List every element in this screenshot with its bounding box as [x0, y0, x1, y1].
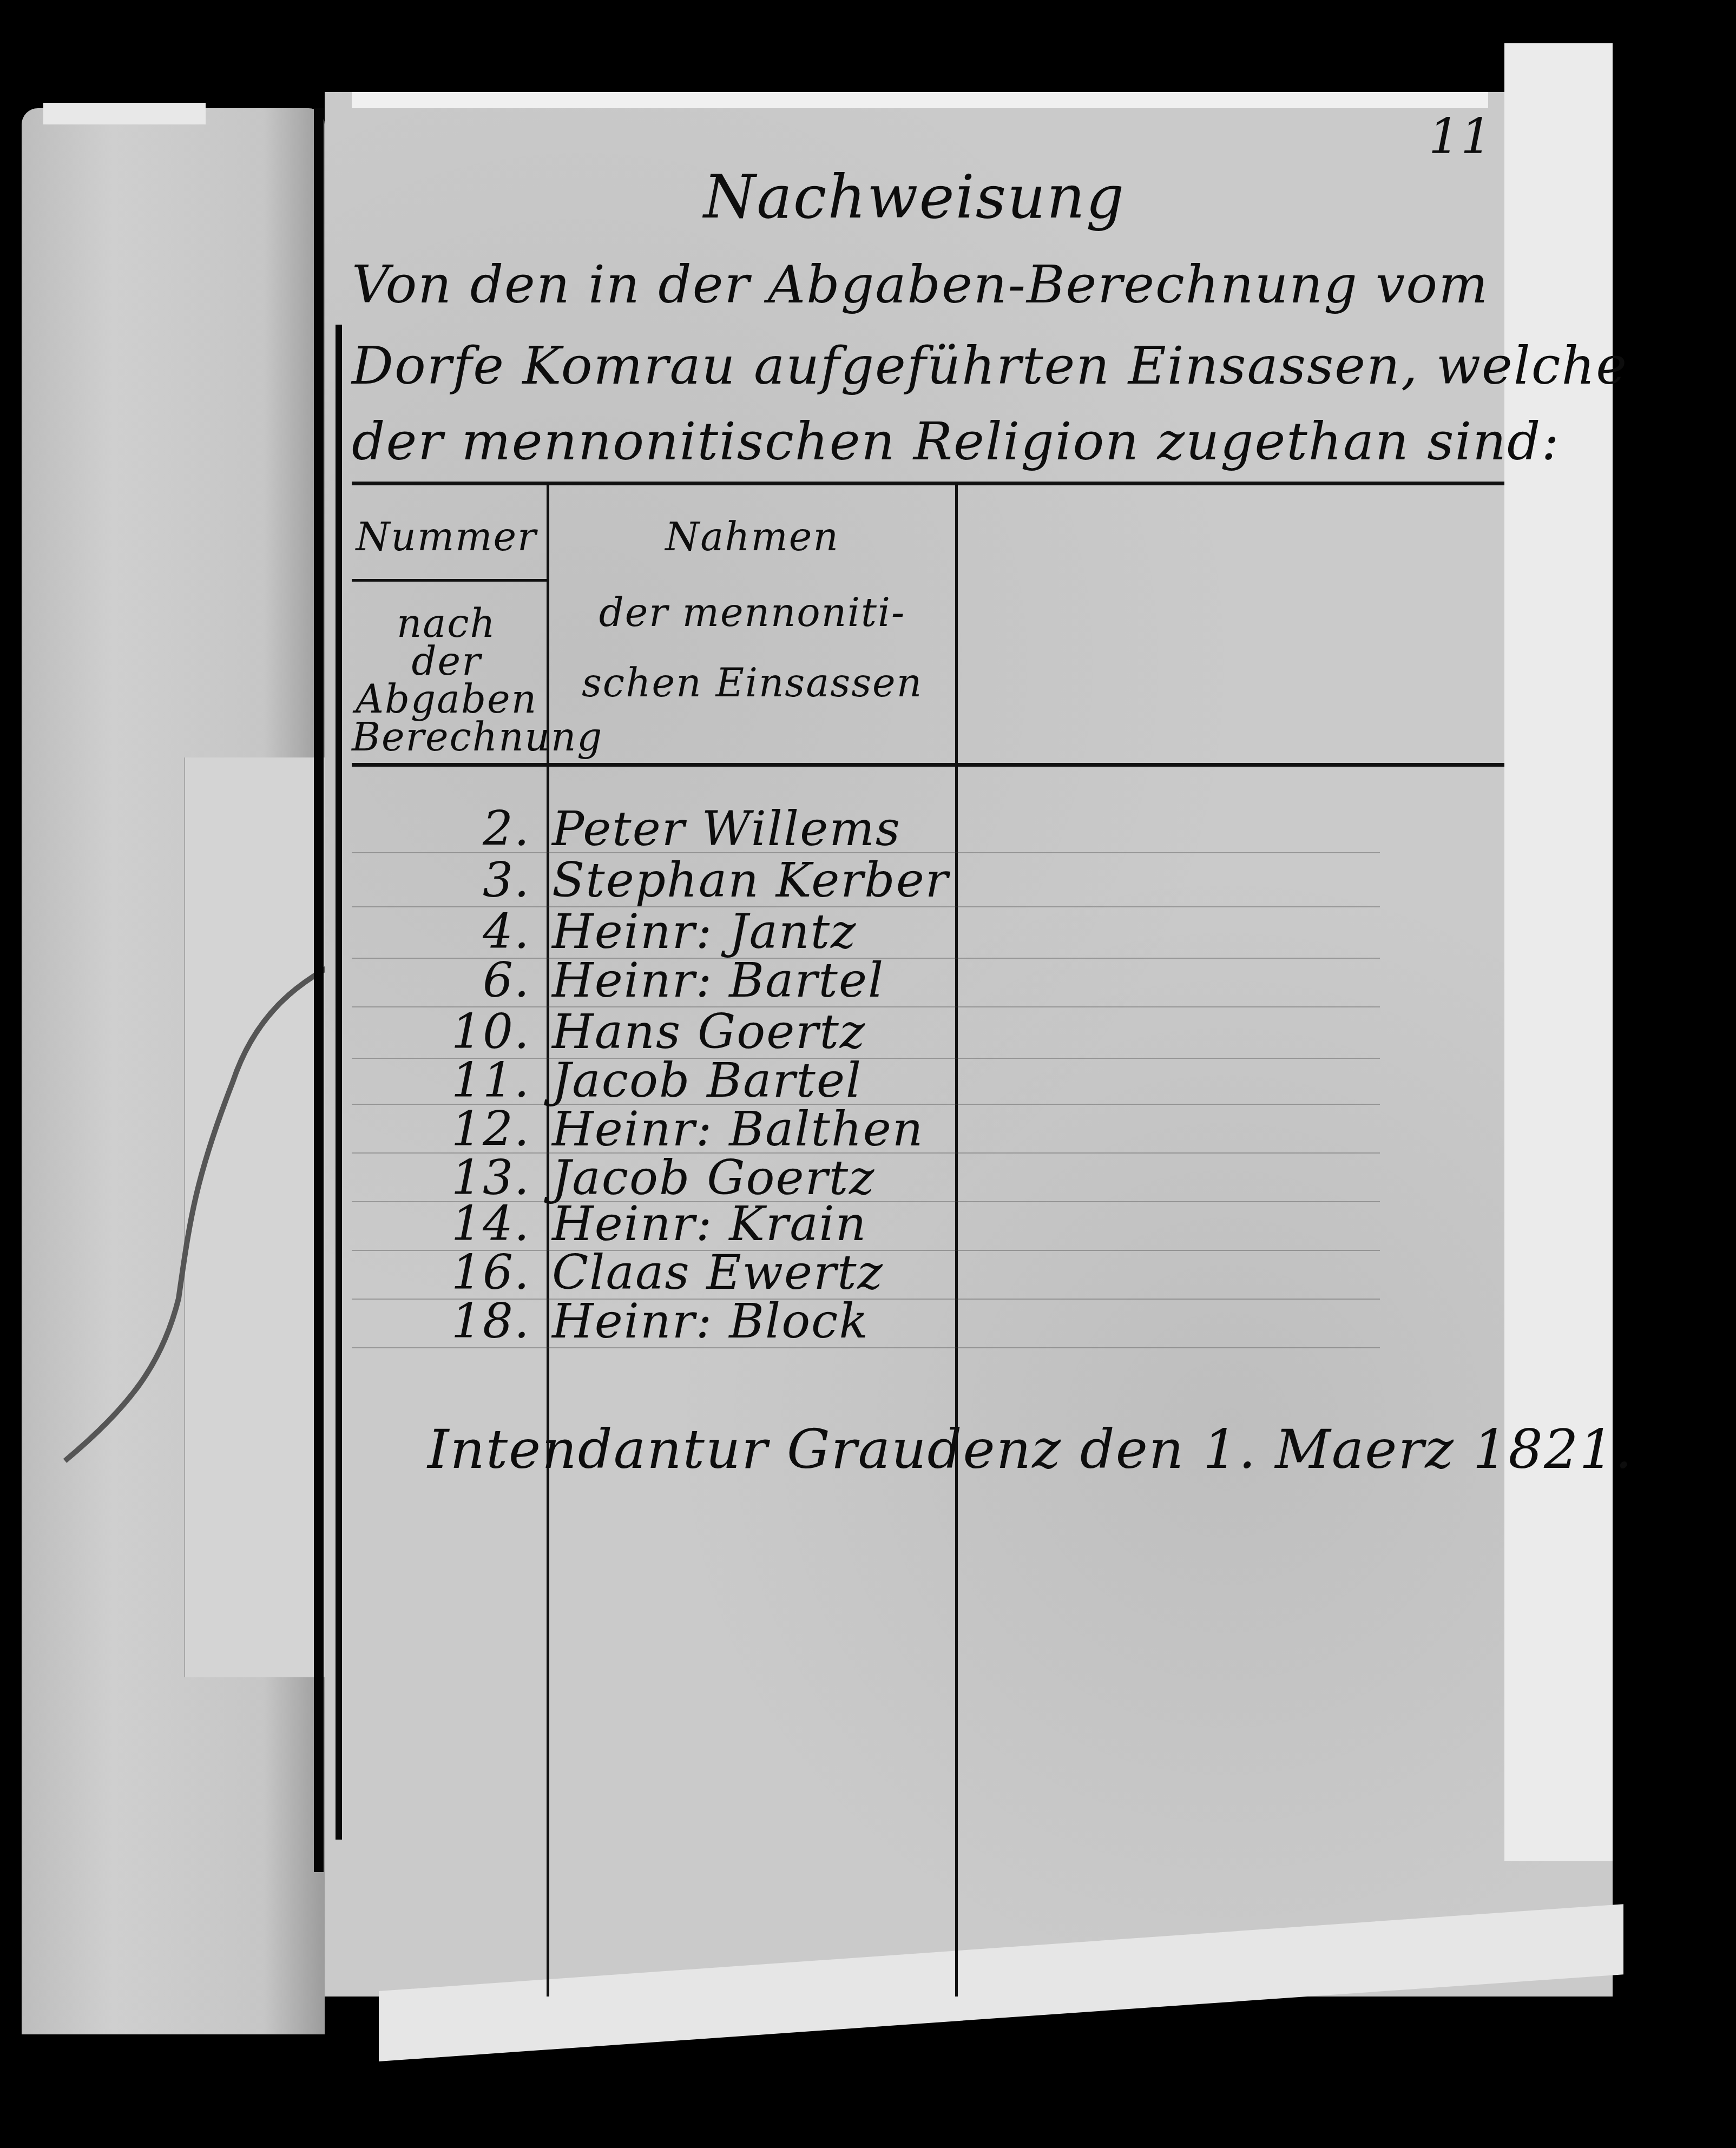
row-number: 4.	[438, 904, 530, 959]
row-name: Heinr: Jantz	[552, 904, 857, 959]
page-left-rule	[336, 325, 342, 1840]
signature-date-line: Intendantur Graudenz den 1. Maerz 1821.	[428, 1418, 1633, 1481]
name-col-divider	[955, 482, 958, 1997]
landholder-table: Nummer nach der Abgaben Berechnung Nahme…	[352, 482, 1504, 1997]
row-name: Hans Goertz	[552, 1004, 866, 1059]
row-name: Claas Ewertz	[552, 1244, 884, 1300]
header-name-3: schen Einsassen	[552, 660, 952, 706]
row-name: Heinr: Block	[552, 1293, 869, 1349]
row-name: Heinr: Krain	[552, 1196, 867, 1251]
page-top-edge	[352, 92, 1488, 108]
folio-number: 11	[1429, 108, 1493, 165]
row-number: 2.	[438, 801, 530, 856]
intro-line-2: Dorfe Komrau aufgeführten Einsassen, wel…	[352, 335, 1628, 396]
number-col-divider	[547, 482, 549, 1997]
header-name-1: Nahmen	[552, 514, 952, 559]
header-bottom-rule	[352, 763, 1504, 767]
row-name: Heinr: Balthen	[552, 1101, 924, 1157]
binding-tab	[43, 103, 206, 124]
row-number: 11.	[438, 1052, 530, 1108]
row-name: Jacob Bartel	[552, 1052, 862, 1108]
header-number-sub-4: Berechnung	[352, 714, 541, 760]
row-number: 14.	[438, 1196, 530, 1251]
intro-line-1: Von den in der Abgaben-Berechnung vom	[352, 254, 1489, 315]
row-number: 12.	[438, 1101, 530, 1157]
row-number: 16.	[438, 1244, 530, 1300]
page-right-margin	[1504, 43, 1613, 1861]
number-header-divider	[352, 579, 547, 582]
spine-shadow	[314, 108, 324, 1872]
row-number: 3.	[438, 852, 530, 908]
header-number: Nummer	[352, 514, 541, 559]
header-name-2: der mennoniti-	[552, 590, 952, 635]
intro-line-3: der mennonitischen Religion zugethan sin…	[352, 411, 1560, 472]
row-number: 18.	[438, 1293, 530, 1349]
row-number: 6.	[438, 952, 530, 1008]
row-number: 10.	[438, 1004, 530, 1059]
table-top-rule	[352, 482, 1504, 485]
row-name: Peter Willems	[552, 801, 901, 856]
row-name: Stephan Kerber	[552, 852, 949, 908]
document-title: Nachweisung	[703, 162, 1125, 232]
row-name: Heinr: Bartel	[552, 952, 884, 1008]
